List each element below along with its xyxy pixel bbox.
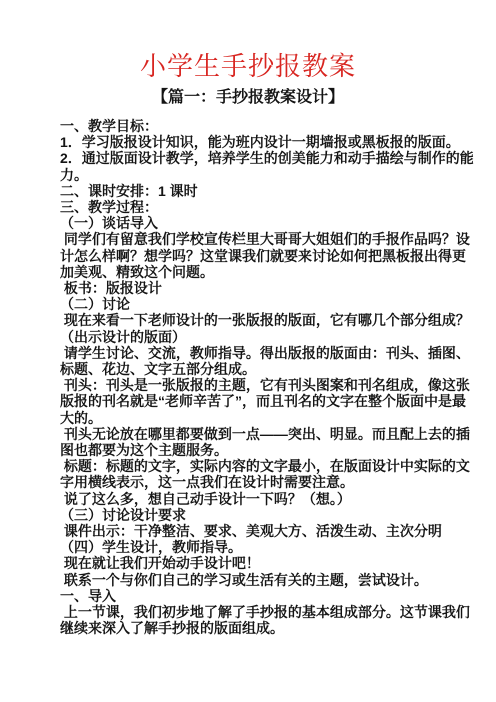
document-page: 小学生手抄报教案 【篇一：手抄报教案设计】 一、教学目标：1．学习版报设计知识，… (0, 0, 496, 702)
document-line: 字用横线表示，这一点我们在设计时需要注意。 (60, 474, 478, 490)
document-line: 1．学习版报设计知识，能为班内设计一期墙报或黑板报的版面。 (60, 134, 478, 150)
document-line: 大的。 (60, 410, 478, 426)
document-line: 同学们有留意我们学校宣传栏里大哥哥大姐姐们的手报作品吗？设 (60, 231, 478, 247)
document-line: 课件出示：干净整洁、要求、美观大方、活泼生动、主次分明 (60, 523, 478, 539)
document-subtitle: 【篇一：手抄报教案设计】 (0, 86, 496, 110)
document-line: （二）讨论 (60, 296, 478, 312)
document-line: 刊头无论放在哪里都要做到一点——突出、明显。而且配上去的插 (60, 426, 478, 442)
document-body: 一、教学目标：1．学习版报设计知识，能为班内设计一期墙报或黑板报的版面。2．通过… (60, 118, 478, 637)
document-line: 一、教学目标： (60, 118, 478, 134)
document-line: 继续来深入了解手抄报的版面组成。 (60, 620, 478, 636)
document-line: 一、导入 (60, 588, 478, 604)
document-line: 2．通过版面设计教学，培养学生的创美能力和动手描绘与制作的能 (60, 150, 478, 166)
document-line: 联系一个与你们自己的学习或生活有关的主题，尝试设计。 (60, 572, 478, 588)
document-line: 版报的刊名就是“老师辛苦了”，而且刊名的文字在整个版面中是最 (60, 393, 478, 409)
document-line: 现在就让我们开始动手设计吧！ (60, 555, 478, 571)
document-line: （三）讨论设计要求 (60, 507, 478, 523)
document-line: 标题：标题的文字，实际内容的文字最小，在版面设计中实际的文 (60, 458, 478, 474)
document-line: 说了这么多，想自己动手设计一下吗？（想。） (60, 491, 478, 507)
document-line: 请学生讨论、交流，教师指导。得出版报的版面由：刊头、插图、 (60, 345, 478, 361)
document-line: 力。 (60, 167, 478, 183)
document-line: （出示设计的版面） (60, 329, 478, 345)
document-line: 二、课时安排：1 课时 (60, 183, 478, 199)
document-line: 刊头：刊头是一张版报的主题，它有刊头图案和刊名组成，像这张 (60, 377, 478, 393)
document-line: 三、教学过程： (60, 199, 478, 215)
document-line: 现在来看一下老师设计的一张版报的版面，它有哪几个部分组成？ (60, 312, 478, 328)
document-line: 上一节课，我们初步地了解了手抄报的基本组成部分。这节课我们 (60, 604, 478, 620)
document-line: 计怎么样啊？想学吗？这堂课我们就要来讨论如何把黑板报出得更 (60, 248, 478, 264)
document-line: （四）学生设计，教师指导。 (60, 539, 478, 555)
document-title: 小学生手抄报教案 (0, 50, 496, 84)
document-line: 图也都要为这个主题服务。 (60, 442, 478, 458)
document-line: 板书：版报设计 (60, 280, 478, 296)
document-line: 标题、花边、文字五部分组成。 (60, 361, 478, 377)
document-line: 加美观、精致这个问题。 (60, 264, 478, 280)
document-line: （一）谈话导入 (60, 215, 478, 231)
